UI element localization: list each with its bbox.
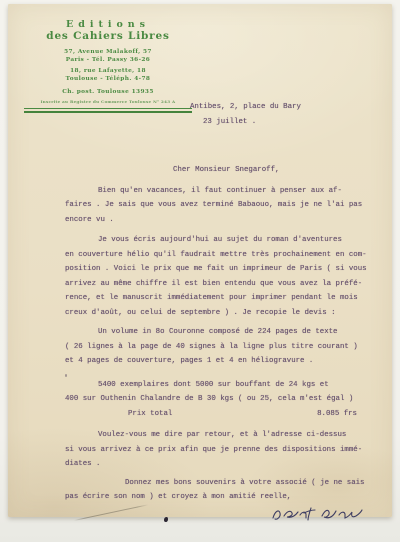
body-line: arrivez au même chiffre il est bien ente… <box>65 277 375 292</box>
body-line: position . Voici le prix que me fait un … <box>65 262 375 277</box>
handwritten-signature <box>270 505 365 530</box>
body-line: 5400 exemplaires dont 5000 sur bouffant … <box>65 378 375 393</box>
letterhead: Editions des Cahiers Libres 57, Avenue M… <box>24 19 192 113</box>
address-paris-street: 57, Avenue Malakoff, 57 <box>24 49 192 57</box>
paragraph-1: Bien qu'en vacances, il faut continuer à… <box>65 184 375 228</box>
body-line: diates . <box>65 457 375 472</box>
address-toulouse-street: 18, rue Lafayette, 18 <box>24 68 192 76</box>
body-line: ( 26 lignes à la page de 40 signes à la … <box>65 340 375 355</box>
address-toulouse-phone: Toulouse - Téléph. 4-78 <box>24 76 192 84</box>
publisher-name-2: des Cahiers Libres <box>24 30 192 42</box>
body-line: Voulez-vous me dire par retour, et à l'a… <box>65 428 375 443</box>
letter-body: Cher Monsieur Snegaroff, Bien qu'en vaca… <box>65 163 375 525</box>
body-line: 400 sur Outhenin Chalandre de B 30 kgs (… <box>65 392 375 407</box>
body-line: Je vous écris aujourd'hui au sujet du ro… <box>65 233 375 248</box>
paragraph-reply-request: Voulez-vous me dire par retour, et à l'a… <box>65 428 375 472</box>
body-line: Donnez mes bons souvenirs à votre associ… <box>65 476 375 491</box>
print-run: 5400 exemplaires dont 5000 sur bouffant … <box>65 378 375 407</box>
place-line: Antibes, 2, place du Bary <box>190 100 301 115</box>
paper-speck <box>65 374 67 377</box>
salutation: Cher Monsieur Snegaroff, <box>173 163 375 178</box>
letterhead-divider-rule <box>24 108 192 114</box>
body-line: faires . Je sais que vous avez terminé B… <box>65 198 375 213</box>
body-line: Un volume in 8o Couronne composé de 224 … <box>65 325 375 340</box>
address-paris-phone: Paris - Tél. Passy 36-26 <box>24 57 192 65</box>
body-line: et 4 pages de couverture, pages 1 et 4 e… <box>65 354 375 369</box>
body-line: pas écrire son nom ) et croyez à mon ami… <box>65 490 375 505</box>
body-line: rence, et le manuscrit immédiatement pou… <box>65 291 375 306</box>
scanned-letter: Editions des Cahiers Libres 57, Avenue M… <box>0 0 400 542</box>
body-line: si vous arrivez à ce prix afin que je pr… <box>65 443 375 458</box>
closing-paragraph: Donnez mes bons souvenirs à votre associ… <box>65 476 375 505</box>
quote-description: Un volume in 8o Couronne composé de 224 … <box>65 325 375 369</box>
body-line: creux d'août, ou celui de septembre ) . … <box>65 306 375 321</box>
price-label: Prix total <box>128 407 172 422</box>
signature-area <box>65 505 375 525</box>
body-line: en couverture hélio qu'il faudrait mettr… <box>65 248 375 263</box>
letter-paper: Editions des Cahiers Libres 57, Avenue M… <box>8 4 392 517</box>
price-value: 8.085 frs <box>317 407 357 422</box>
price-total-line: Prix total 8.085 frs <box>65 407 375 422</box>
body-line: encore vu . <box>65 213 375 228</box>
registry-small-print: Inscrite au Registre du Commerce Toulous… <box>24 99 192 104</box>
postal-account: Ch. post. Toulouse 13935 <box>24 89 192 97</box>
dateline: Antibes, 2, place du Bary 23 juillet . <box>190 100 301 129</box>
publisher-name: Editions <box>24 19 192 30</box>
date-line: 23 juillet . <box>203 115 301 130</box>
paragraph-2: Je vous écris aujourd'hui au sujet du ro… <box>65 233 375 320</box>
body-line: Bien qu'en vacances, il faut continuer à… <box>65 184 375 199</box>
